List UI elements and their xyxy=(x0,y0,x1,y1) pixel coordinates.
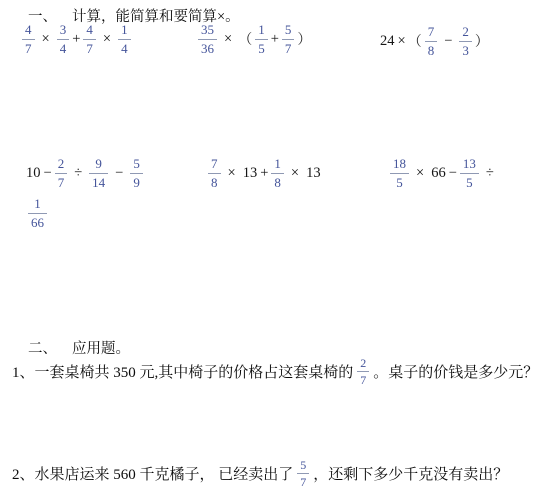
fraction-denominator: 36 xyxy=(198,40,217,57)
fraction-denominator: 7 xyxy=(282,40,295,57)
fraction: 78 xyxy=(425,24,438,58)
operator: − xyxy=(115,165,123,182)
math-expression-5: 78×13+18×13 xyxy=(206,156,323,190)
fraction: 34 xyxy=(57,22,70,56)
fraction-denominator: 4 xyxy=(57,40,70,57)
operator: + xyxy=(271,31,279,48)
parenthesis: ） xyxy=(475,31,489,51)
fraction-numerator: 9 xyxy=(89,156,108,174)
fraction-numerator: 4 xyxy=(83,22,96,40)
fraction-denominator: 7 xyxy=(357,372,369,387)
problem-2-text-before: 2、水果店运来 560 千克橘子， 已经卖出了 xyxy=(12,463,293,484)
section-2-label: 二、 xyxy=(28,337,57,358)
problem-2-text-after: ，还剩下多少千克没有卖出？ xyxy=(313,463,508,484)
number: 13 xyxy=(243,165,258,182)
fraction-denominator: 3 xyxy=(459,42,472,59)
fraction-denominator: 66 xyxy=(28,214,47,231)
fraction-denominator: 8 xyxy=(208,174,221,191)
parenthesis: （ xyxy=(408,31,422,51)
math-expression-3: 24×（78−23） xyxy=(378,24,490,58)
number: 24 xyxy=(380,33,395,50)
problem-1-text-after: 。桌子的价钱是多少元？ xyxy=(373,361,538,382)
fraction-numerator: 1 xyxy=(255,22,268,40)
math-worksheet-page: 一、 计算，能简算和要简算×。 47×34+47×14 3536×（15+57）… xyxy=(0,0,549,502)
fraction-numerator: 2 xyxy=(459,24,472,42)
operator: ÷ xyxy=(486,165,494,182)
fraction-denominator: 7 xyxy=(83,40,96,57)
fraction: 14 xyxy=(118,22,131,56)
number: 66 xyxy=(431,165,446,182)
fraction-denominator: 5 xyxy=(463,174,476,191)
fraction-numerator: 4 xyxy=(22,22,35,40)
fraction: 27 xyxy=(55,156,68,190)
operator: × xyxy=(416,165,424,182)
operator: ÷ xyxy=(74,165,82,182)
fraction: 5 7 xyxy=(297,458,309,490)
fraction: 185 xyxy=(390,156,409,190)
fraction-numerator: 5 xyxy=(297,458,309,474)
fraction: 23 xyxy=(459,24,472,58)
fraction: 78 xyxy=(208,156,221,190)
problem-1-text-before: 1、一套桌椅共 350 元,其中椅子的价格占这套桌椅的 xyxy=(12,361,353,382)
fraction-numerator: 13 xyxy=(460,156,479,174)
fraction-numerator: 1 xyxy=(28,196,47,214)
fraction-numerator: 18 xyxy=(390,156,409,174)
fraction: 47 xyxy=(83,22,96,56)
fraction-denominator: 4 xyxy=(118,40,131,57)
section-2-title: 应用题。 xyxy=(72,337,130,358)
operator: × xyxy=(291,165,299,182)
math-expression-4: 10−27÷914−59 xyxy=(24,156,145,190)
word-problem-2: 2、水果店运来 560 千克橘子， 已经卖出了 5 7 ，还剩下多少千克没有卖出… xyxy=(12,458,508,490)
parenthesis: ） xyxy=(297,29,311,49)
fraction-numerator: 7 xyxy=(208,156,221,174)
fraction-denominator: 5 xyxy=(255,40,268,57)
math-expression-2: 3536×（15+57） xyxy=(196,22,312,56)
fraction: 166 xyxy=(28,196,47,230)
fraction-numerator: 35 xyxy=(198,22,217,40)
fraction-numerator: 5 xyxy=(282,22,295,40)
fraction: 135 xyxy=(460,156,479,190)
number: 10 xyxy=(26,165,41,182)
operator: − xyxy=(44,165,52,182)
fraction-numerator: 3 xyxy=(57,22,70,40)
math-expression-6-wrapped-fraction: 166 xyxy=(26,196,49,230)
fraction-denominator: 7 xyxy=(297,474,309,489)
fraction-numerator: 2 xyxy=(55,156,68,174)
fraction-denominator: 8 xyxy=(425,42,438,59)
fraction: 18 xyxy=(271,156,284,190)
fraction-denominator: 7 xyxy=(55,174,68,191)
fraction: 914 xyxy=(89,156,108,190)
fraction: 47 xyxy=(22,22,35,56)
fraction: 59 xyxy=(130,156,143,190)
fraction-numerator: 2 xyxy=(357,356,369,372)
parenthesis: （ xyxy=(238,29,252,49)
fraction-numerator: 1 xyxy=(118,22,131,40)
operator: × xyxy=(228,165,236,182)
operator: × xyxy=(103,31,111,48)
section-2-header: 二、 应用题。 xyxy=(28,337,130,358)
math-expression-1: 47×34+47×14 xyxy=(20,22,133,56)
fraction: 3536 xyxy=(198,22,217,56)
fraction: 15 xyxy=(255,22,268,56)
fraction-denominator: 14 xyxy=(89,174,108,191)
fraction-numerator: 5 xyxy=(130,156,143,174)
fraction-denominator: 8 xyxy=(271,174,284,191)
operator: × xyxy=(224,31,232,48)
operator: + xyxy=(72,31,80,48)
fraction-denominator: 5 xyxy=(393,174,406,191)
fraction-numerator: 7 xyxy=(425,24,438,42)
operator: × xyxy=(42,31,50,48)
word-problem-1: 1、一套桌椅共 350 元,其中椅子的价格占这套桌椅的 2 7 。桌子的价钱是多… xyxy=(12,356,538,388)
operator: + xyxy=(260,165,268,182)
fraction: 57 xyxy=(282,22,295,56)
fraction-denominator: 7 xyxy=(22,40,35,57)
operator: − xyxy=(449,165,457,182)
operator: − xyxy=(444,33,452,50)
number: 13 xyxy=(306,165,321,182)
fraction: 2 7 xyxy=(357,356,369,388)
operator: × xyxy=(398,33,406,50)
fraction-numerator: 1 xyxy=(271,156,284,174)
fraction-denominator: 9 xyxy=(130,174,143,191)
math-expression-6: 185×66−135÷ xyxy=(388,156,499,190)
